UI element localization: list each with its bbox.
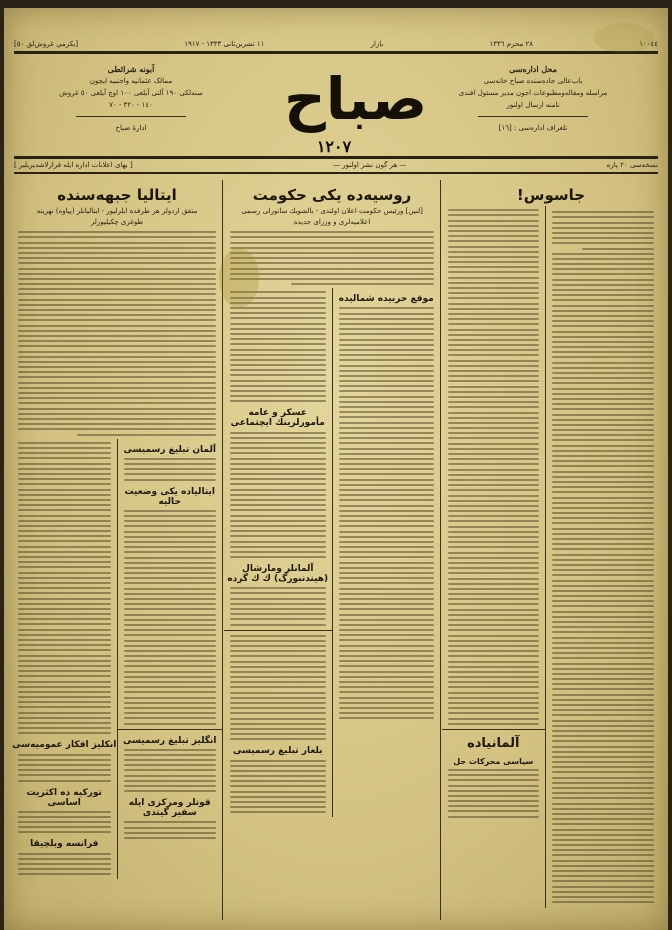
paper-stain [219,248,259,308]
rumi-date: ١١ تشرين‌ثانی ١٣٣٣ - ١٩١٧ [184,40,264,48]
section-italya-vaziyet: ایتالیاده یکی وضعیت حالیه [118,487,223,507]
weekday: بازار [371,40,384,48]
article-italya: ایتالیا جبهه‌سنده متفق اردولر هر طرفده ا… [12,180,222,924]
masthead-second-line: نسخه‌سی ٢٠ پاره — هر گون نشر اولنور — [ … [14,161,658,169]
office-line-1: باب‌عالی جاده‌سنده صباح خانه‌سی [428,75,638,87]
telegraph-info: تلغراف اداره‌سی : [١٦] [428,122,638,134]
section-alman-tebligi: آلمان تبلیغ رسمیسی [118,445,223,455]
copy-price: نسخه‌سی ٢٠ پاره [607,161,658,169]
paper-stain [594,23,654,53]
office-title: محل اداره‌سی [428,63,638,75]
headline-casus: جاسوس! [442,186,660,204]
subhead-rusya-2: اعلامیه‌لری و وزرای جدیده [224,217,440,228]
headline-rusya: روسیه‌ده یکی حکومت [224,186,440,204]
logo-year: ١٢٠٧ [284,138,384,156]
hijri-date: ٢٨ محرم ١٣٣٦ [490,40,534,48]
masthead-rule-bottom [14,156,658,159]
section-bulgar: بلغار تبلیغ رسمیسی [224,746,332,756]
subhead-italya-1: متفق اردولر هر طرفده ایلرلیور - ایتالیان… [12,206,222,217]
subscription-line-3: ١٤٠ - ٣٢٠ - ٧٠ [26,99,236,111]
section-ingiliz-efkar: انكلیز افکار عمومیه‌سی [12,740,117,750]
subscription-line-1: ممالک عثمانیه واجنبیه ایچون [26,75,236,87]
section-almanya: آلمانیاده [442,736,545,751]
columns-rule [14,172,658,174]
section-harbiye: موقع حربیده شمالیده [333,294,441,304]
column-divider [440,180,441,920]
section-fransa: فرانسه وبلچیقا [12,839,117,849]
subscription-line-2: سنه‌لکی ١٩٠ آلتی آیلغی ١٠٠ اوچ آیلغی ٥٠ … [26,87,236,99]
logo-title: صباح [284,60,384,138]
section-sefir: قوتلر ومرکزی ایله سفیر گیتدی [118,798,223,818]
newspaper-page: ١٠٠٤٤ ٢٨ محرم ١٣٣٦ بازار ١١ تشرين‌ثانی ١… [4,8,668,930]
section-almanya-subhead: سیاسی محرکات حل [442,757,545,766]
section-hindenburg: آلمانلر ومارشال (هیندنبورگ) ك ك گرده [224,564,332,584]
newspaper-logo: صباح ١٢٠٧ [284,60,384,160]
masthead-rule-top [14,51,658,54]
office-line-2: مراسله ومقاله‌ومطبوعات اجون مدیر مسئول ا… [428,87,638,99]
publication-note: — هر گون نشر اولنور — [333,161,406,169]
subscription-box: آبونه شرائطی ممالک عثمانیه واجنبیه ایچون… [26,63,236,134]
section-askeri: عسكر و عامه مأمورلرینك ایچتماعی [224,408,332,428]
section-ingiliz-tebligi: انگلیز تبلیغ رسمیسی [118,736,223,746]
ad-note: [ بهای اعلانات اداره ایله قرارلاشدیریلیر… [14,161,133,169]
office-line-3: نامنه ارسال اولنور [428,99,638,111]
price-label: [بكرمي غروش‌لق ٥٠] [14,40,78,48]
section-ekseriyet: تورکیه ده اکثریت اساسی [12,788,117,808]
masthead-top-line: ١٠٠٤٤ ٢٨ محرم ١٣٣٦ بازار ١١ تشرين‌ثانی ١… [14,40,658,48]
subscription-title: آبونه شرائطی [26,63,236,75]
article-casus: جاسوس! آلمانیاده سیاسی محرکات حل [442,180,660,924]
subhead-italya-2: طوغری چکیلیورلر [12,217,222,228]
headline-italya: ایتالیا جبهه‌سنده [12,186,222,204]
subscription-footer: ادارهٔ صباح [26,122,236,134]
office-info-box: محل اداره‌سی باب‌عالی جاده‌سنده صباح خان… [428,63,638,134]
subhead-rusya-1: [لنین] ورئیس حکومت اعلان اولندی - بالشوی… [224,206,440,217]
